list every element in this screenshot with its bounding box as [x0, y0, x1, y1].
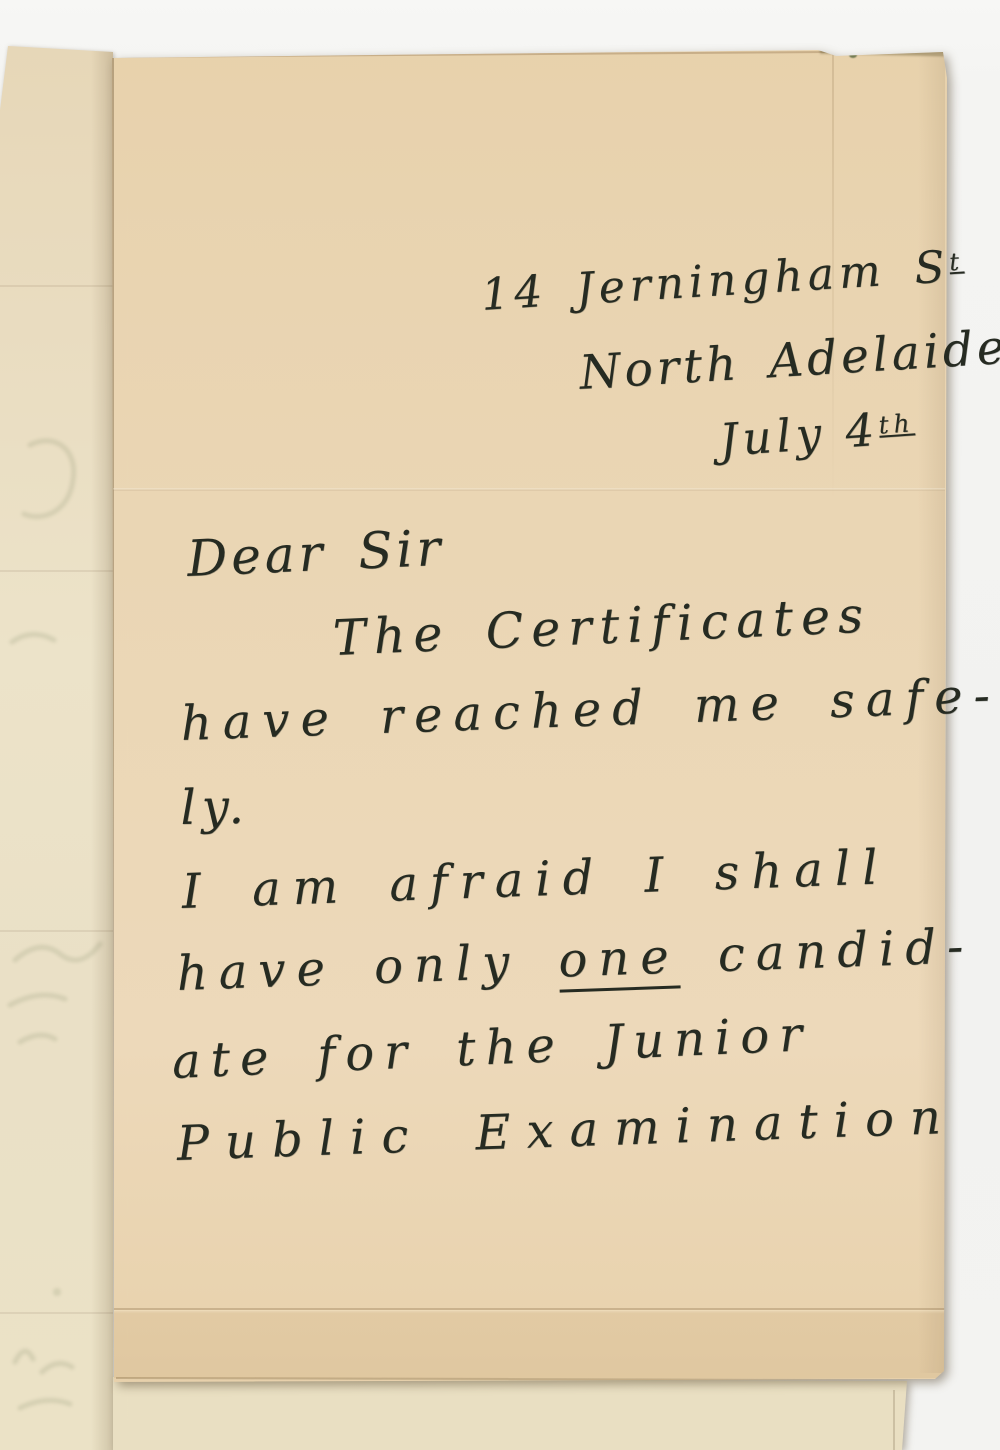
- handwriting-layer: 14 Jerningham St North Adelaide July 4th…: [0, 0, 1000, 1450]
- date-superscript: th: [878, 408, 916, 439]
- address-line: 14 Jerningham St: [480, 244, 966, 317]
- body-line-2: have reached me safe-: [180, 671, 1000, 748]
- body-line-3: ly.: [180, 783, 250, 832]
- body-line-6: ate for the Junior: [171, 1010, 813, 1086]
- underlined-word: one: [557, 928, 680, 992]
- date-text: July 4: [718, 403, 881, 467]
- body-line-1: The Certificates: [332, 591, 872, 663]
- date-line: July 4th: [718, 404, 916, 463]
- body-line-5-pre: have only: [176, 934, 521, 1002]
- body-line-7: Public Examination: [176, 1093, 958, 1168]
- city-line: North Adelaide: [578, 324, 1000, 397]
- address-superscript: t: [948, 248, 964, 277]
- body-line-5: have only one candid-: [176, 922, 975, 998]
- scanned-letter-image: 14 Jerningham St North Adelaide July 4th…: [0, 0, 1000, 1450]
- body-line-4: I am afraid I shall: [181, 843, 890, 916]
- salutation-line: Dear Sir: [186, 523, 445, 584]
- body-line-5-post: candid-: [717, 918, 975, 983]
- address-text: 14 Jerningham S: [480, 241, 951, 321]
